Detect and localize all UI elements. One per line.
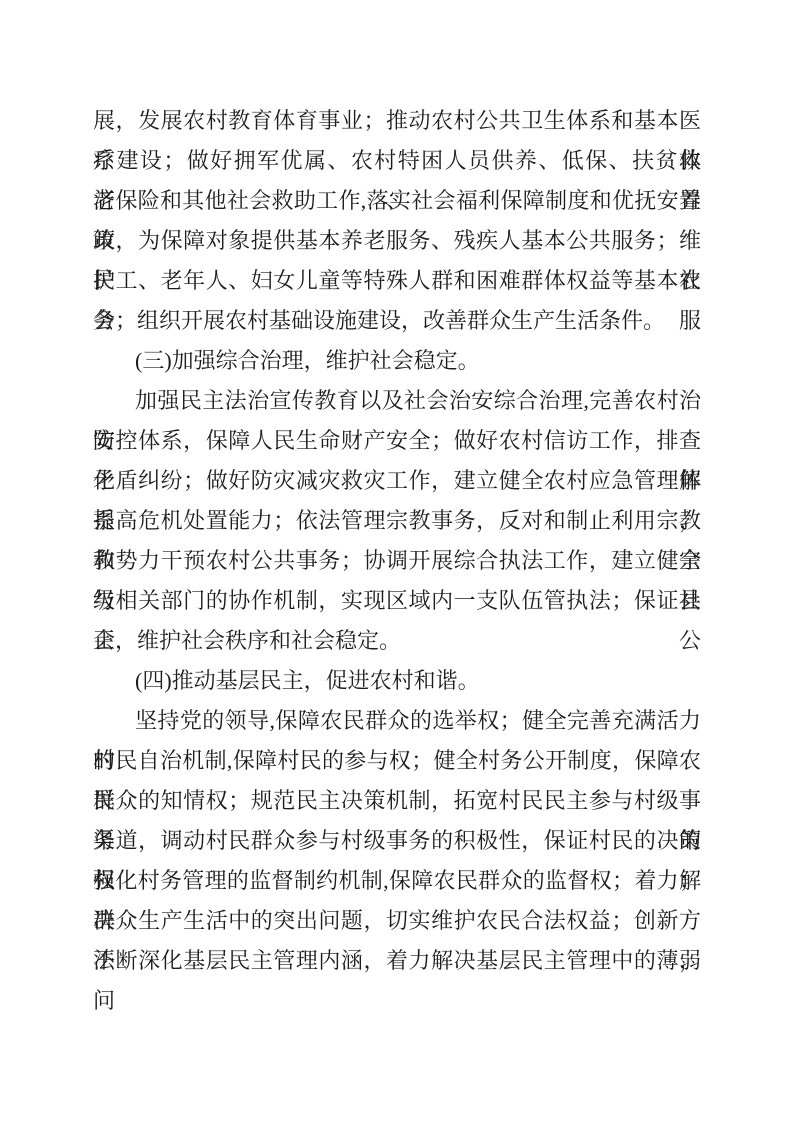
text-line: 教势力干预农村公共事务；协调开展综合执法工作，建立健全与县 xyxy=(93,541,701,581)
text-line: 强化村务管理的监督制约机制,保障农民群众的监督权；着力解决 xyxy=(93,861,701,901)
text-line: 矛盾纠纷；做好防灾减灾救灾工作，建立健全农村应急管理体系， xyxy=(93,461,701,501)
text-line: 系建设；做好拥军优属、农村特困人员供养、低保、扶贫救济、养 xyxy=(93,141,701,181)
text-line: 防控体系，保障人民生命财产安全；做好农村信访工作，排查化解 xyxy=(93,421,701,461)
text-line: 民工、老年人、妇女儿童等特殊人群和困难群体权益等基本社会服 xyxy=(93,261,701,301)
text-line: 渠道，调动村民群众参与村级事务的积极性，保证村民的决策权； xyxy=(93,821,701,861)
document-page: 展，发展农村教育体育事业；推动农村公共卫生体系和基本医疗体 系建设；做好拥军优属… xyxy=(0,0,793,1122)
text-line: 级相关部门的协作机制，实现区域内一支队伍管执法；保证社会公 xyxy=(93,581,701,621)
text-line: 老保险和其他社会救助工作,落实社会福利保障制度和优抚安置政 xyxy=(93,181,701,221)
text-line: 提高危机处置能力；依法管理宗教事务，反对和制止利用宗教和宗 xyxy=(93,501,701,541)
text-line: 展，发展农村教育体育事业；推动农村公共卫生体系和基本医疗体 xyxy=(93,101,701,141)
text-line: 策，为保障对象提供基本养老服务、残疾人基本公共服务；维护农 xyxy=(93,221,701,261)
text-line-paragraph-end: 务；组织开展农村基础设施建设，改善群众生产生活条件。 xyxy=(93,301,701,341)
text-block: 展，发展农村教育体育事业；推动农村公共卫生体系和基本医疗体 系建设；做好拥军优属… xyxy=(93,101,701,981)
text-line: 群众的知情权；规范民主决策机制，拓宽村民民主参与村级事务的 xyxy=(93,781,701,821)
text-line: 不断深化基层民主管理内涵，着力解决基层民主管理中的薄弱问 xyxy=(93,941,701,981)
text-line: 村民自治机制,保障村民的参与权；健全村务公开制度，保障农民 xyxy=(93,741,701,781)
text-line-paragraph-start: 加强民主法治宣传教育以及社会治安综合治理,完善农村治安 xyxy=(93,381,701,421)
section-heading-3: (三)加强综合治理，维护社会稳定。 xyxy=(93,341,701,381)
section-heading-4: (四)推动基层民主，促进农村和谐。 xyxy=(93,661,701,701)
text-line-paragraph-start: 坚持党的领导,保障农民群众的选举权；健全完善充满活力的 xyxy=(93,701,701,741)
text-line: 群众生产生活中的突出问题，切实维护农民合法权益；创新方法， xyxy=(93,901,701,941)
